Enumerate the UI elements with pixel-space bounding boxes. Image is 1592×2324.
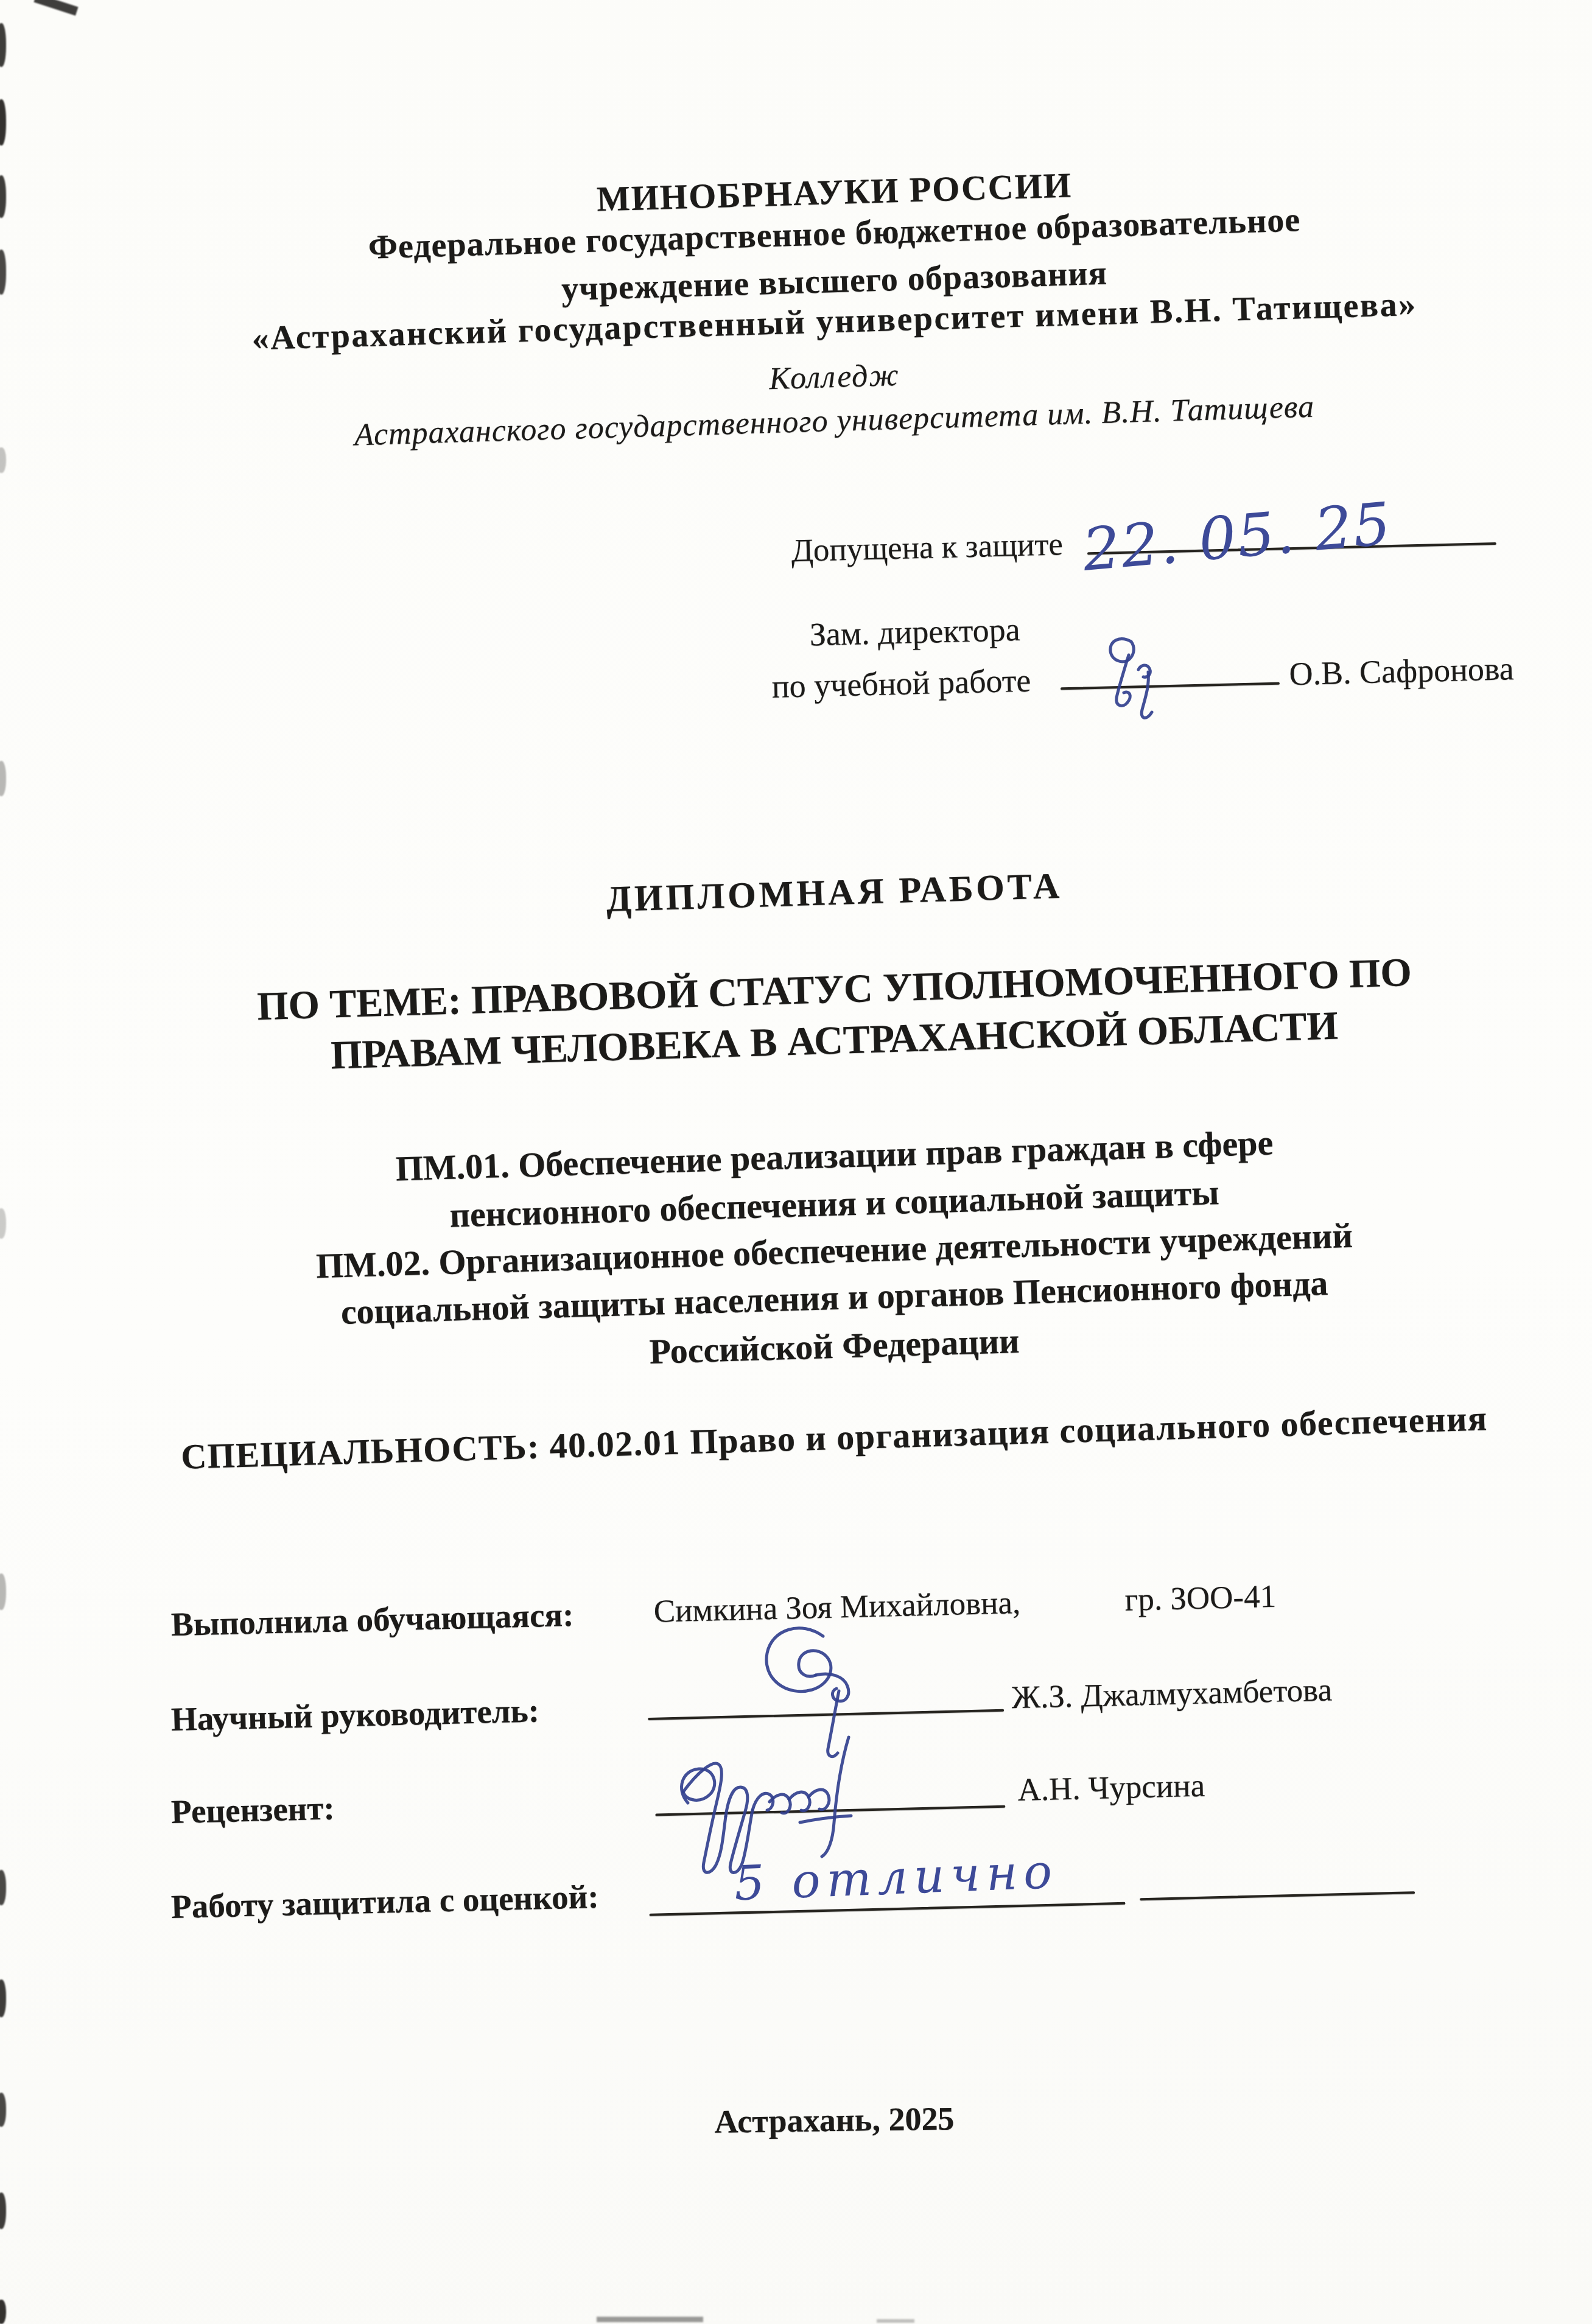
bottom-smudge (877, 2319, 914, 2323)
deputy-title-line1: Зам. директора (809, 611, 1020, 653)
performed-label: Выполнила обучающаяся: (170, 1595, 574, 1643)
deputy-director-signature (1073, 633, 1176, 724)
edge-mark (0, 99, 6, 145)
scanned-title-page: МИНОБРНАУКИ РОССИИ Федеральное государст… (0, 0, 1592, 2324)
supervisor-name: Ж.З. Джалмухамбетова (1011, 1671, 1333, 1716)
grade-underline-2 (1140, 1891, 1415, 1900)
performed-group: гр. ЗОО-41 (1124, 1578, 1277, 1619)
edge-mark (0, 2093, 6, 2127)
edge-mark (0, 1979, 6, 2017)
edge-mark (0, 1208, 6, 1239)
supervisor-label: Научный руководитель: (170, 1691, 539, 1738)
deputy-title-line2: по учебной работе (771, 662, 1031, 705)
bottom-smudge (597, 2317, 703, 2322)
deputy-name: О.В. Сафронова (1289, 649, 1515, 693)
reviewer-label: Рецензент: (170, 1789, 335, 1832)
edge-mark (0, 447, 6, 473)
specialty-line: СПЕЦИАЛЬНОСТЬ: 40.02.01 Право и организа… (38, 1393, 1592, 1482)
work-type-title: ДИПЛОМНАЯ РАБОТА (38, 848, 1592, 937)
edge-mark (0, 250, 6, 295)
admitted-date-handwriting: 22. 05. 25 (1080, 489, 1394, 584)
edge-mark (0, 1573, 6, 1610)
edge-mark (0, 23, 6, 67)
edge-mark (0, 761, 6, 796)
reviewer-name: А.Н. Чурсина (1017, 1768, 1205, 1808)
admitted-label: Допущена к защите (791, 526, 1064, 569)
corner-scan-mark (33, 0, 78, 16)
city-year-line: Астрахань, 2025 (38, 2090, 1592, 2151)
edge-mark (0, 175, 6, 218)
edge-mark (0, 2193, 6, 2229)
grade-label: Работу защитила с оценкой: (170, 1877, 599, 1926)
edge-mark (0, 2300, 6, 2324)
